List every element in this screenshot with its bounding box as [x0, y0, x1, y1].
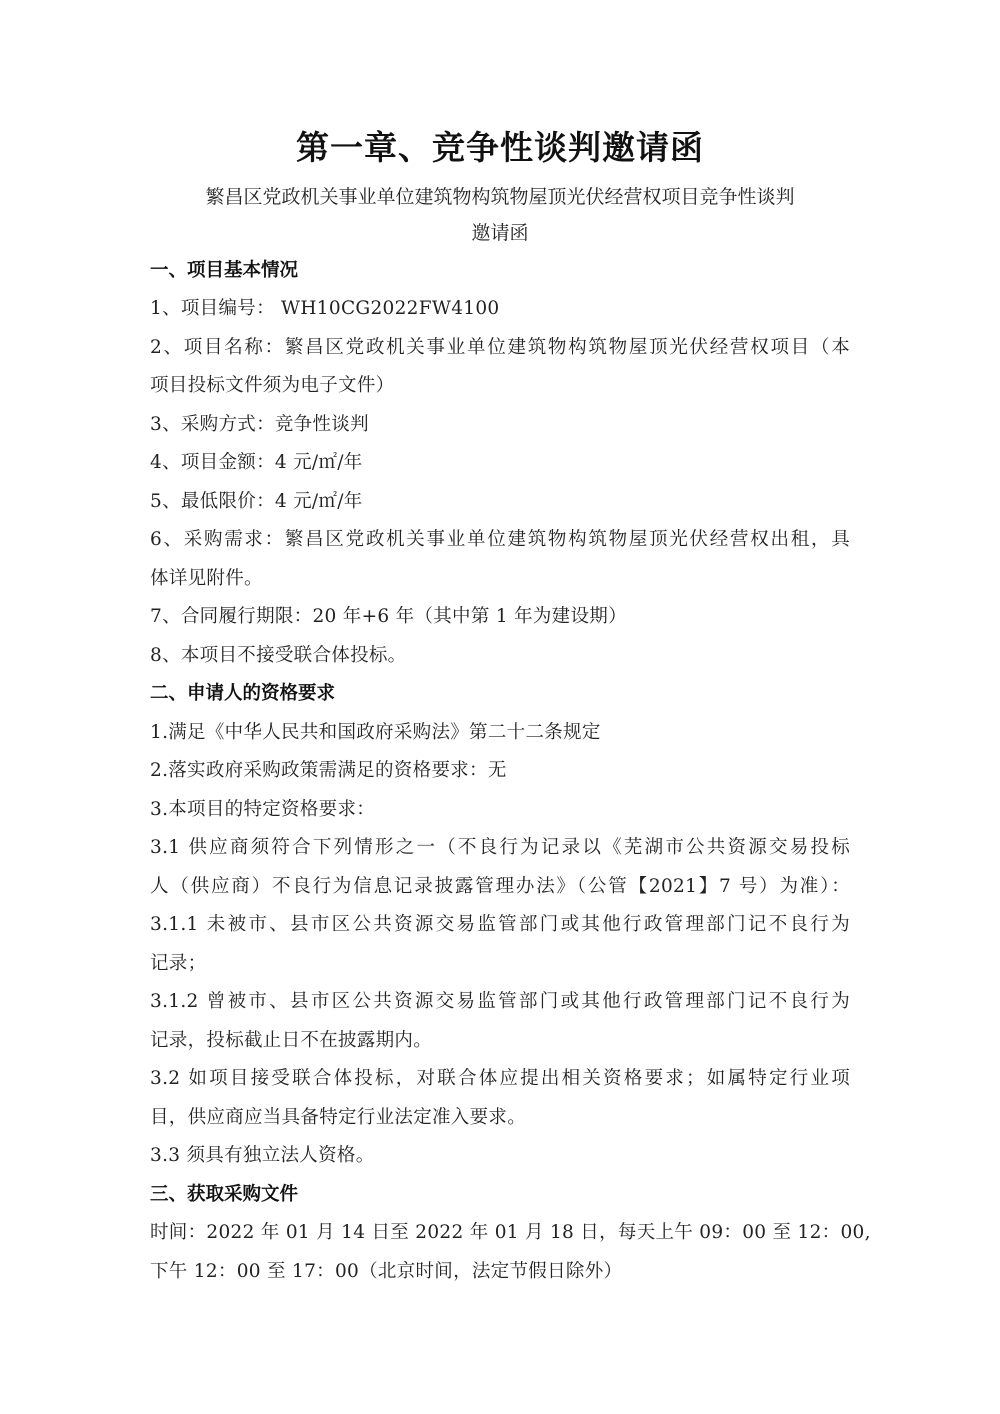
procurement-demand-cont: 体详见附件。 — [150, 564, 850, 590]
contract-term: 7、合同履行期限：20 年+6 年（其中第 1 年为建设期） — [150, 602, 850, 628]
document-page: 第一章、竞争性谈判邀请函 繁昌区党政机关事业单位建筑物构筑物屋顶光伏经营权项目竞… — [0, 0, 1000, 1414]
qualification-3-1: 3.1 供应商须符合下列情形之一（不良行为记录以《芜湖市公共资源交易投标 — [150, 833, 850, 859]
qualification-1: 1.满足《中华人民共和国政府采购法》第二十二条规定 — [150, 718, 850, 744]
qualification-2: 2.落实政府采购政策需满足的资格要求：无 — [150, 756, 850, 782]
project-name: 2、项目名称：繁昌区党政机关事业单位建筑物构筑物屋顶光伏经营权项目（本 — [150, 333, 850, 359]
qualification-3-3: 3.3 须具有独立法人资格。 — [150, 1141, 850, 1167]
minimum-price: 5、最低限价：4 元/㎡/年 — [150, 487, 850, 513]
qualification-3: 3.本项目的特定资格要求： — [150, 795, 850, 821]
no-consortium: 8、本项目不接受联合体投标。 — [150, 641, 850, 667]
procurement-demand: 6、采购需求：繁昌区党政机关事业单位建筑物构筑物屋顶光伏经营权出租，具 — [150, 525, 850, 551]
project-amount: 4、项目金额：4 元/㎡/年 — [150, 448, 850, 474]
procurement-method: 3、采购方式：竞争性谈判 — [150, 410, 850, 436]
qualification-3-2: 3.2 如项目接受联合体投标，对联合体应提出相关资格要求；如属特定行业项 — [150, 1064, 850, 1090]
subtitle-line-1: 繁昌区党政机关事业单位建筑物构筑物屋顶光伏经营权项目竞争性谈判 — [150, 182, 850, 209]
section-heading-qualifications: 二、申请人的资格要求 — [150, 679, 335, 705]
qualification-3-1-2: 3.1.2 曾被市、县市区公共资源交易监管部门或其他行政管理部门记不良行为 — [150, 987, 850, 1013]
qualification-3-2-cont: 目，供应商应当具备特定行业法定准入要求。 — [150, 1103, 850, 1129]
section-heading-obtain-documents: 三、获取采购文件 — [150, 1180, 298, 1206]
obtain-time: 时间：2022 年 01 月 14 日至 2022 年 01 月 18 日，每天… — [150, 1218, 850, 1244]
qualification-3-1-1: 3.1.1 未被市、县市区公共资源交易监管部门或其他行政管理部门记不良行为 — [150, 910, 850, 936]
project-name-cont: 项目投标文件须为电子文件） — [150, 371, 850, 397]
qualification-3-1-1-cont: 记录； — [150, 949, 850, 975]
subtitle-line-2: 邀请函 — [150, 218, 850, 245]
obtain-time-cont: 下午 12：00 至 17：00（北京时间，法定节假日除外） — [150, 1257, 850, 1283]
qualification-3-1-2-cont: 记录，投标截止日不在披露期内。 — [150, 1026, 850, 1052]
page-title: 第一章、竞争性谈判邀请函 — [0, 122, 1000, 169]
section-heading-basic-info: 一、项目基本情况 — [150, 256, 298, 282]
qualification-3-1-cont: 人（供应商）不良行为信息记录披露管理办法》（公管【2021】7 号）为准）： — [150, 872, 850, 898]
project-number: 1、项目编号： WH10CG2022FW4100 — [150, 294, 850, 320]
